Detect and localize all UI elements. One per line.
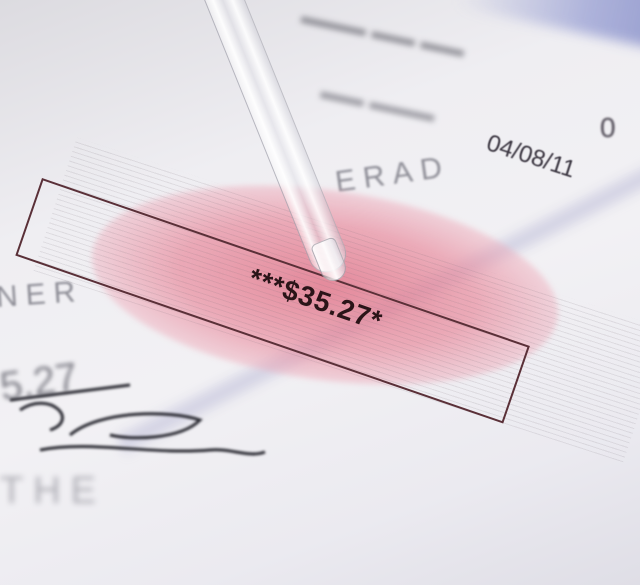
faded-text-top-2: ▬▬ ▬▬▬ (319, 78, 438, 128)
bottom-label: THE (0, 470, 106, 513)
check-edge-top (456, 0, 640, 52)
signature-scribble (10, 380, 270, 480)
date-value: 04/08/11 (483, 130, 579, 185)
top-right-char: 0 (600, 112, 616, 144)
check-photo: ▬▬▬ ▬▬ ▬▬ ▬▬ ▬▬▬ ERAD 04/08/11 0 NER ***… (0, 0, 640, 585)
faded-text-top: ▬▬▬ ▬▬ ▬▬ (299, 3, 467, 63)
payee-label: NER (0, 275, 84, 315)
